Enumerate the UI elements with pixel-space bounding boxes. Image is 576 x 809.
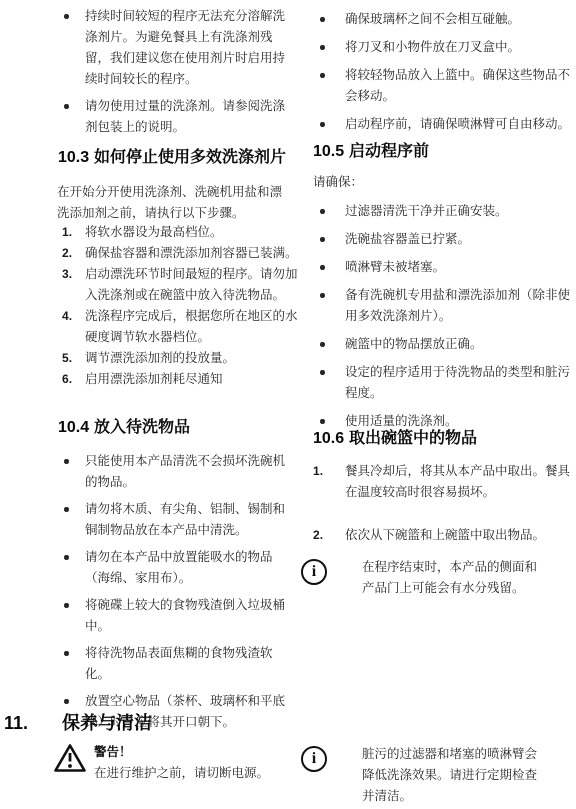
loading-items-list: 只能使用本产品清洗不会损坏洗碗机的物品。 请勿将木质、有尖角、铝制、锡制和铜制物…	[57, 451, 295, 739]
list-item-text: 只能使用本产品清洗不会损坏洗碗机的物品。	[85, 454, 285, 489]
bullet-icon	[64, 14, 69, 19]
bullet-icon	[320, 419, 325, 424]
list-item: 只能使用本产品清洗不会损坏洗碗机的物品。	[57, 451, 295, 493]
step-item: 确保盐容器和漂洗添加剂容器已装满。	[57, 243, 298, 264]
list-item: 洗碗盐容器盖已拧紧。	[301, 229, 573, 250]
list-item-text: 碗篮中的物品摆放正确。	[345, 337, 483, 351]
step-text: 将软水器设为最高档位。	[85, 225, 223, 239]
note-text: 脏污的过滤器和堵塞的喷淋臂会降低洗涤效果。请进行定期检查并清洁。	[362, 744, 542, 807]
list-item-text: 洗碗盐容器盖已拧紧。	[345, 232, 470, 246]
bullet-icon	[320, 237, 325, 242]
list-item: 持续时间较短的程序无法充分溶解洗涤剂片。为避免餐具上有洗涤剂残留，我们建议您在使…	[57, 6, 295, 90]
list-item: 将碗碟上较大的食物残渣倒入垃圾桶中。	[57, 595, 295, 637]
bullet-icon	[64, 651, 69, 656]
note-programme-end: i 在程序结束时，本产品的侧面和产品门上可能会有水分残留。	[301, 557, 542, 599]
warning-label: 警告！	[94, 742, 284, 763]
bullet-icon	[64, 507, 69, 512]
section-10-5-intro: 请确保：	[313, 172, 553, 193]
step-item: 启用漂洗添加剂耗尽通知	[57, 369, 298, 390]
section-heading-11: 11. 保养与清洁	[4, 711, 152, 735]
step-text: 餐具冷却后，将其从本产品中取出。餐具在温度较高时很容易损坏。	[345, 464, 570, 499]
list-item: 请勿使用过量的洗涤剂。请参阅洗涤剂包装上的说明。	[57, 96, 295, 138]
list-item-text: 确保玻璃杯之间不会相互碰触。	[345, 12, 520, 26]
manual-page: 持续时间较短的程序无法充分溶解洗涤剂片。为避免餐具上有洗涤剂残留，我们建议您在使…	[0, 0, 576, 809]
bullet-icon	[320, 17, 325, 22]
list-item-text: 将较轻物品放入上篮中。确保这些物品不会移动。	[345, 68, 570, 103]
list-item-text: 启动程序前，请确保喷淋臂可自由移动。	[345, 117, 570, 131]
list-item: 请勿将木质、有尖角、铝制、锡制和铜制物品放在本产品中清洗。	[57, 499, 295, 541]
list-item-text: 将刀叉和小物件放在刀叉盒中。	[345, 40, 520, 54]
note-dirty-filters: i 脏污的过滤器和堵塞的喷淋臂会降低洗涤效果。请进行定期检查并清洁。	[301, 744, 542, 807]
list-item-text: 请勿使用过量的洗涤剂。请参阅洗涤剂包装上的说明。	[85, 99, 285, 134]
step-number	[313, 525, 323, 546]
step-number	[313, 461, 323, 482]
section-number: 10.3	[58, 147, 94, 168]
step-text: 启用漂洗添加剂耗尽通知	[85, 372, 223, 386]
step-item: 调节漂洗添加剂的投放量。	[57, 348, 298, 369]
list-item-text: 喷淋臂未被堵塞。	[345, 260, 445, 274]
stop-multi-tablets-steps: 将软水器设为最高档位。 确保盐容器和漂洗添加剂容器已装满。 启动漂洗环节时间最短…	[57, 222, 298, 390]
bullet-icon	[320, 73, 325, 78]
section-title: 取出碗篮中的物品	[349, 428, 477, 449]
warning-triangle-icon	[53, 742, 87, 774]
list-item: 将刀叉和小物件放在刀叉盒中。	[301, 37, 573, 58]
info-icon: i	[301, 746, 327, 772]
loading-tips-list: 确保玻璃杯之间不会相互碰触。 将刀叉和小物件放在刀叉盒中。 将较轻物品放入上篮中…	[301, 9, 573, 142]
bullet-icon	[64, 699, 69, 704]
step-item: 依次从下碗篮和上碗篮中取出物品。	[301, 525, 573, 546]
list-item: 碗篮中的物品摆放正确。	[301, 334, 573, 355]
step-number	[62, 306, 72, 327]
list-item: 启动程序前，请确保喷淋臂可自由移动。	[301, 114, 573, 135]
section-heading-10-4: 10.4 放入待洗物品	[58, 417, 190, 438]
step-number	[62, 348, 72, 369]
section-title: 启动程序前	[349, 141, 429, 162]
step-text: 洗涤程序完成后，根据您所在地区的水硬度调节软水器档位。	[85, 309, 298, 344]
bullet-icon	[320, 122, 325, 127]
step-text: 确保盐容器和漂洗添加剂容器已装满。	[85, 246, 298, 260]
list-item: 将较轻物品放入上篮中。确保这些物品不会移动。	[301, 65, 573, 107]
section-title: 保养与清洁	[62, 711, 152, 735]
step-text: 启动漂洗环节时间最短的程序。请勿加入洗涤剂或在碗篮中放入待洗物品。	[85, 267, 298, 302]
note-text: 在程序结束时，本产品的侧面和产品门上可能会有水分残留。	[362, 557, 542, 599]
bullet-icon	[64, 555, 69, 560]
bullet-icon	[320, 370, 325, 375]
step-number	[62, 222, 72, 243]
bullet-icon	[64, 459, 69, 464]
warning-text-block: 警告！ 在进行维护之前，请切断电源。	[94, 742, 284, 784]
bullet-icon	[320, 209, 325, 214]
step-text: 依次从下碗篮和上碗篮中取出物品。	[345, 528, 545, 542]
warning-block: 警告！ 在进行维护之前，请切断电源。	[53, 742, 284, 784]
list-item-text: 使用适量的洗涤剂。	[345, 414, 458, 428]
section-heading-10-3: 10.3 如何停止使用多效洗涤剂片	[58, 147, 286, 168]
step-item: 启动漂洗环节时间最短的程序。请勿加入洗涤剂或在碗篮中放入待洗物品。	[57, 264, 298, 306]
list-item: 喷淋臂未被堵塞。	[301, 257, 573, 278]
info-icon: i	[301, 559, 327, 585]
step-item: 餐具冷却后，将其从本产品中取出。餐具在温度较高时很容易损坏。	[301, 461, 573, 503]
section-number: 10.5	[313, 141, 349, 162]
list-item: 请勿在本产品中放置能吸水的物品（海绵、家用布）。	[57, 547, 295, 589]
section-heading-10-6: 10.6 取出碗篮中的物品	[313, 428, 477, 449]
list-item-text: 过滤器清洗干净并正确安装。	[345, 204, 508, 218]
step-number	[62, 243, 72, 264]
step-number	[62, 369, 72, 390]
bullet-icon	[64, 104, 69, 109]
list-item: 过滤器清洗干净并正确安装。	[301, 201, 573, 222]
before-start-checklist: 过滤器清洗干净并正确安装。 洗碗盐容器盖已拧紧。 喷淋臂未被堵塞。 备有洗碗机专…	[301, 201, 573, 439]
section-title: 放入待洗物品	[94, 417, 190, 438]
detergent-tablet-tips-list: 持续时间较短的程序无法充分溶解洗涤剂片。为避免餐具上有洗涤剂残留，我们建议您在使…	[57, 6, 295, 144]
list-item-text: 将碗碟上较大的食物残渣倒入垃圾桶中。	[85, 598, 285, 633]
list-item-text: 设定的程序适用于待洗物品的类型和脏污程度。	[345, 365, 570, 400]
section-number: 10.4	[58, 417, 94, 438]
list-item-text: 请勿在本产品中放置能吸水的物品（海绵、家用布）。	[85, 550, 273, 585]
bullet-icon	[64, 603, 69, 608]
list-item-text: 将待洗物品表面焦糊的食物残渣软化。	[85, 646, 273, 681]
section-number: 11.	[4, 711, 62, 735]
list-item: 将待洗物品表面焦糊的食物残渣软化。	[57, 643, 295, 685]
step-item: 洗涤程序完成后，根据您所在地区的水硬度调节软水器档位。	[57, 306, 298, 348]
list-item-text: 持续时间较短的程序无法充分溶解洗涤剂片。为避免餐具上有洗涤剂残留，我们建议您在使…	[85, 9, 285, 86]
step-item: 将软水器设为最高档位。	[57, 222, 298, 243]
section-heading-10-5: 10.5 启动程序前	[313, 141, 429, 162]
section-title: 如何停止使用多效洗涤剂片	[94, 147, 286, 168]
list-item: 备有洗碗机专用盐和漂洗添加剂（除非使用多效洗涤剂片）。	[301, 285, 573, 327]
list-item-text: 请勿将木质、有尖角、铝制、锡制和铜制物品放在本产品中清洗。	[85, 502, 285, 537]
bullet-icon	[320, 265, 325, 270]
list-item-text: 备有洗碗机专用盐和漂洗添加剂（除非使用多效洗涤剂片）。	[345, 288, 570, 323]
unload-baskets-steps: 餐具冷却后，将其从本产品中取出。餐具在温度较高时很容易损坏。 依次从下碗篮和上碗…	[301, 461, 573, 568]
bullet-icon	[320, 45, 325, 50]
section-10-3-intro: 在开始分开使用洗涤剂、洗碗机用盐和漂洗添加剂之前，请执行以下步骤。	[57, 182, 289, 224]
bullet-icon	[320, 342, 325, 347]
list-item: 设定的程序适用于待洗物品的类型和脏污程度。	[301, 362, 573, 404]
step-number	[62, 264, 72, 285]
step-text: 调节漂洗添加剂的投放量。	[85, 351, 235, 365]
bullet-icon	[320, 293, 325, 298]
warning-message: 在进行维护之前，请切断电源。	[94, 763, 284, 784]
section-number: 10.6	[313, 428, 349, 449]
list-item: 确保玻璃杯之间不会相互碰触。	[301, 9, 573, 30]
